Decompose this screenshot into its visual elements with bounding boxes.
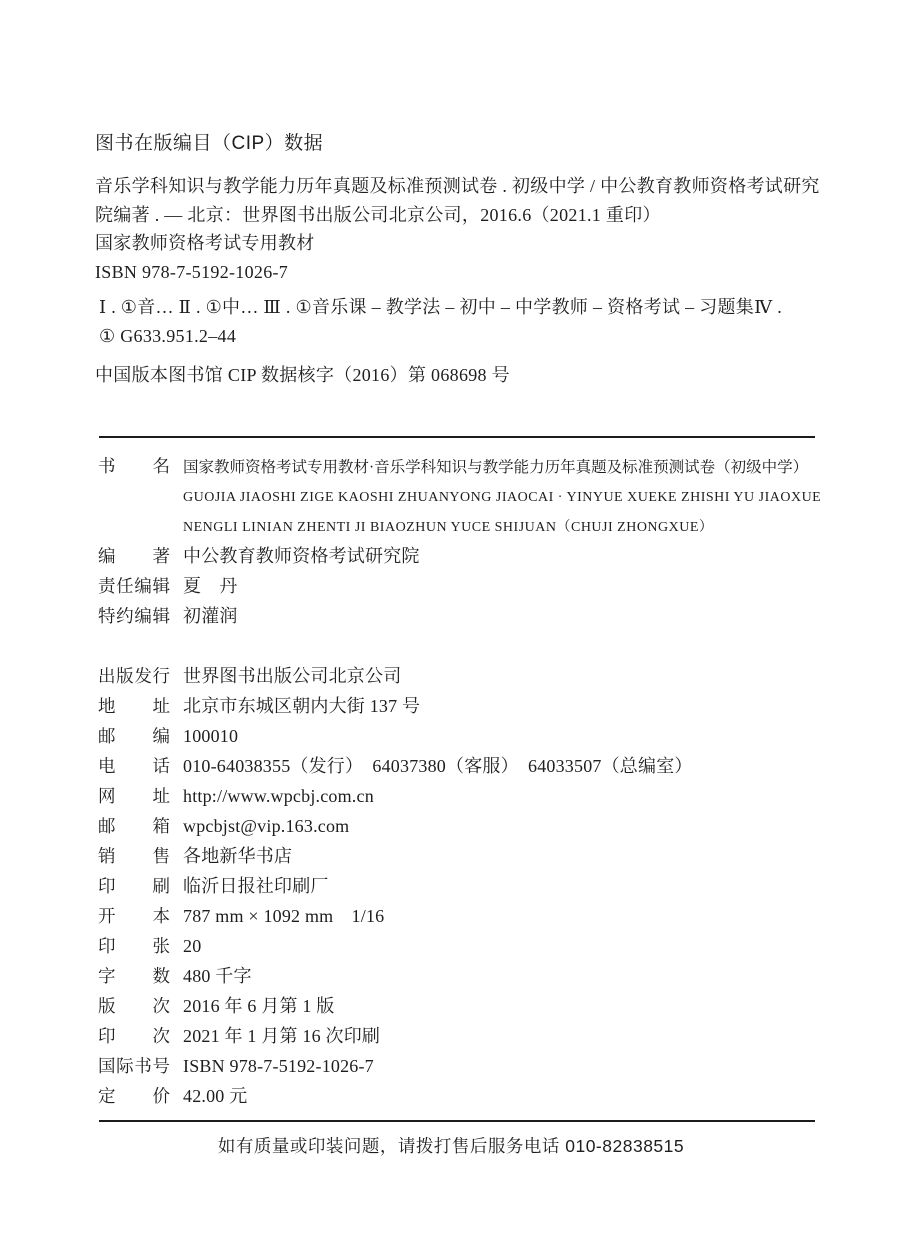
word-count-value: 480 千字 xyxy=(183,966,252,986)
editor-label: 编著 xyxy=(98,542,170,571)
row-book-name-pinyin-1: GUOJIA JIAOSHI ZIGE KAOSHI ZHUANYONG JIA… xyxy=(98,482,902,512)
format-value: 787 mm × 1092 mm 1/16 xyxy=(183,906,384,926)
row-book-name: 书名国家教师资格考试专用教材·音乐学科知识与教学能力历年真题及标准预测试卷（初级… xyxy=(98,452,902,482)
printing-value: 临沂日报社印刷厂 xyxy=(183,876,329,896)
sheets-label: 印张 xyxy=(98,932,170,961)
address-value: 北京市东城区朝内大街 137 号 xyxy=(183,696,420,716)
row-phone: 电话010-64038355（发行） 64037380（客服） 64033507… xyxy=(98,752,902,782)
cip-record-number: 中国版本图书馆 CIP 数据核字（2016）第 068698 号 xyxy=(95,361,832,390)
book-name-value: 国家教师资格考试专用教材·音乐学科知识与教学能力历年真题及标准预测试卷（初级中学… xyxy=(183,459,808,476)
pinyin-1-value: GUOJIA JIAOSHI ZIGE KAOSHI ZHUANYONG JIA… xyxy=(183,490,821,505)
cip-paragraph-line-1: 音乐学科知识与教学能力历年真题及标准预测试卷 . 初级中学 / 中公教育教师资格… xyxy=(95,172,832,201)
row-email: 邮箱wpcbjst@vip.163.com xyxy=(98,812,902,842)
row-word-count: 字数480 千字 xyxy=(98,962,902,992)
colophon-section: 书名国家教师资格考试专用教材·音乐学科知识与教学能力历年真题及标准预测试卷（初级… xyxy=(0,452,902,1112)
divider-bottom xyxy=(99,1120,815,1122)
distribution-value: 各地新华书店 xyxy=(183,846,292,866)
sheets-value: 20 xyxy=(183,936,201,956)
isbn-value: ISBN 978-7-5192-1026-7 xyxy=(183,1056,374,1076)
managing-editor-label: 责任编辑 xyxy=(98,572,170,601)
address-label: 地址 xyxy=(98,692,170,721)
row-edition: 版次2016 年 6 月第 1 版 xyxy=(98,992,902,1022)
impression-value: 2021 年 1 月第 16 次印刷 xyxy=(183,1026,380,1046)
website-label: 网址 xyxy=(98,782,170,811)
phone-value: 010-64038355（发行） 64037380（客服） 64033507（总… xyxy=(183,756,693,776)
footer-note: 如有质量或印装问题，请拨打售后服务电话 010-82838515 xyxy=(0,1132,902,1160)
row-contributing-editor: 特约编辑初灌润 xyxy=(98,602,902,632)
row-price: 定价42.00 元 xyxy=(98,1082,902,1112)
row-distribution: 销售各地新华书店 xyxy=(98,842,902,872)
row-postcode: 邮编100010 xyxy=(98,722,902,752)
editor-value: 中公教育教师资格考试研究院 xyxy=(183,546,420,566)
row-printing: 印刷临沂日报社印刷厂 xyxy=(98,872,902,902)
publisher-value: 世界图书出版公司北京公司 xyxy=(183,666,401,686)
cip-classification: Ⅰ . ①音… Ⅱ . ①中… Ⅲ . ①音乐课 – 教学法 – 初中 – 中学… xyxy=(95,293,832,350)
format-label: 开本 xyxy=(98,902,170,931)
managing-editor-value: 夏 丹 xyxy=(183,576,238,596)
cip-paragraph-line-2: 院编著 . — 北京：世界图书出版公司北京公司，2016.6（2021.1 重印… xyxy=(95,201,832,230)
row-publisher: 出版发行世界图书出版公司北京公司 xyxy=(98,662,902,692)
row-sheets: 印张20 xyxy=(98,932,902,962)
isbn-label: 国际书号 xyxy=(98,1052,170,1081)
distribution-label: 销售 xyxy=(98,842,170,871)
email-label: 邮箱 xyxy=(98,812,170,841)
row-book-name-pinyin-2: NENGLI LINIAN ZHENTI JI BIAOZHUN YUCE SH… xyxy=(98,512,902,542)
website-value: http://www.wpcbj.com.cn xyxy=(183,786,374,806)
cip-paragraph: 音乐学科知识与教学能力历年真题及标准预测试卷 . 初级中学 / 中公教育教师资格… xyxy=(95,172,832,286)
cip-copyright-page: 图书在版编目（CIP）数据 音乐学科知识与教学能力历年真题及标准预测试卷 . 初… xyxy=(0,0,902,1257)
edition-label: 版次 xyxy=(98,992,170,1021)
postcode-value: 100010 xyxy=(183,726,238,746)
row-isbn: 国际书号ISBN 978-7-5192-1026-7 xyxy=(98,1052,902,1082)
impression-label: 印次 xyxy=(98,1022,170,1051)
cip-classification-line-2: ① G633.951.2–44 xyxy=(99,322,832,351)
book-name-label: 书名 xyxy=(98,452,170,481)
row-managing-editor: 责任编辑夏 丹 xyxy=(98,572,902,602)
contributing-editor-value: 初灌润 xyxy=(183,606,238,626)
cip-classification-line-1: Ⅰ . ①音… Ⅱ . ①中… Ⅲ . ①音乐课 – 教学法 – 初中 – 中学… xyxy=(99,293,832,322)
postcode-label: 邮编 xyxy=(98,722,170,751)
divider-top xyxy=(99,436,815,438)
cip-title: 图书在版编目（CIP）数据 xyxy=(95,130,832,158)
edition-value: 2016 年 6 月第 1 版 xyxy=(183,996,335,1016)
row-impression: 印次2021 年 1 月第 16 次印刷 xyxy=(98,1022,902,1052)
pinyin-2-value: NENGLI LINIAN ZHENTI JI BIAOZHUN YUCE SH… xyxy=(183,520,713,535)
price-label: 定价 xyxy=(98,1082,170,1111)
cip-isbn-line: ISBN 978-7-5192-1026-7 xyxy=(95,258,832,287)
publisher-label: 出版发行 xyxy=(98,662,170,691)
phone-label: 电话 xyxy=(98,752,170,781)
row-format: 开本787 mm × 1092 mm 1/16 xyxy=(98,902,902,932)
contributing-editor-label: 特约编辑 xyxy=(98,602,170,631)
printing-label: 印刷 xyxy=(98,872,170,901)
cip-series-line: 国家教师资格考试专用教材 xyxy=(95,229,832,258)
word-count-label: 字数 xyxy=(98,962,170,991)
row-editor: 编著中公教育教师资格考试研究院 xyxy=(98,542,902,572)
email-value: wpcbjst@vip.163.com xyxy=(183,816,349,836)
row-website: 网址http://www.wpcbj.com.cn xyxy=(98,782,902,812)
cip-section: 图书在版编目（CIP）数据 音乐学科知识与教学能力历年真题及标准预测试卷 . 初… xyxy=(0,0,902,390)
price-value: 42.00 元 xyxy=(183,1086,247,1106)
row-address: 地址北京市东城区朝内大街 137 号 xyxy=(98,692,902,722)
